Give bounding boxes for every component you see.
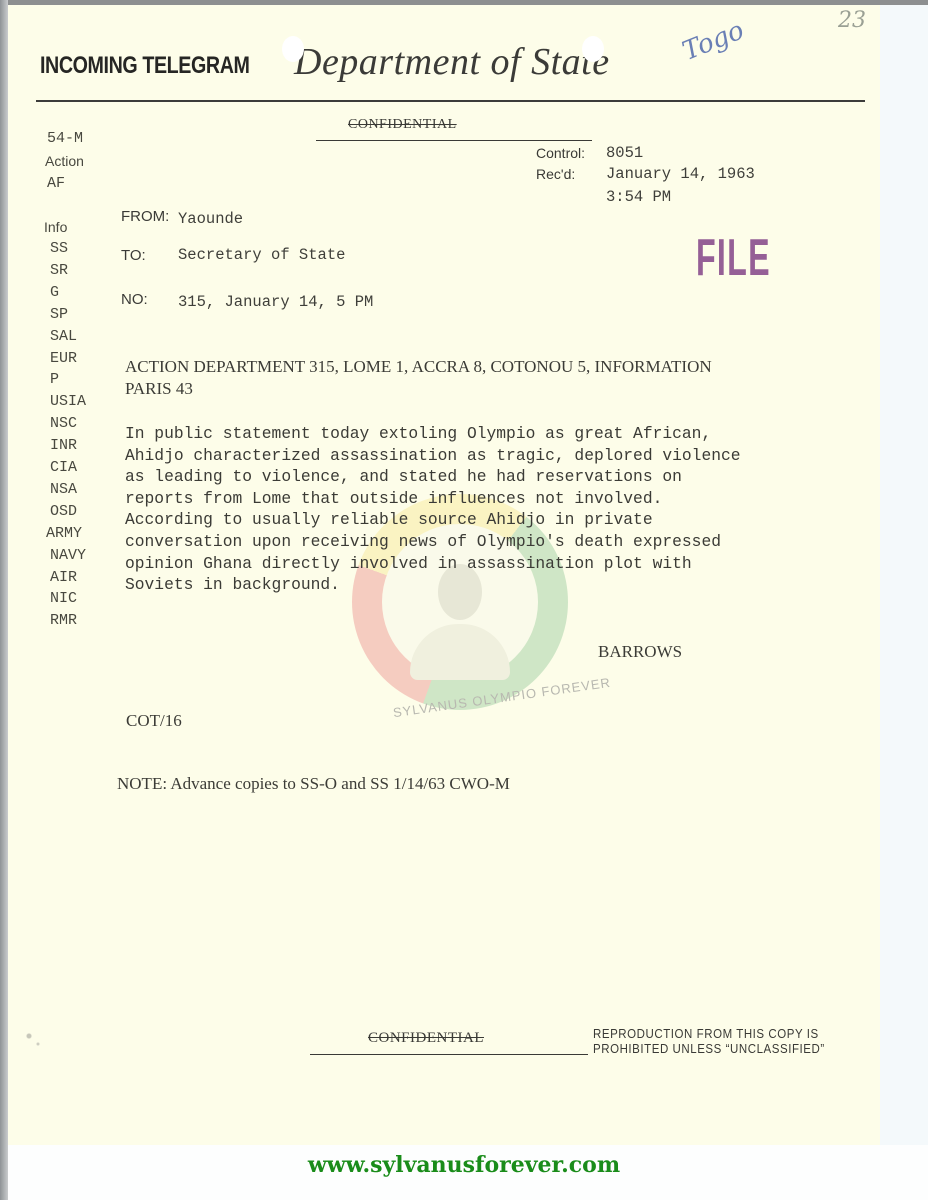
reference-code: COT/16 <box>126 710 182 732</box>
info-office: SP <box>50 304 68 326</box>
website-link[interactable]: www.sylvanusforever.com <box>0 1152 928 1178</box>
routing-number: 54-M <box>47 128 83 150</box>
distribution-text-line: PARIS 43 <box>125 378 712 400</box>
received-time: 3:54 PM <box>606 188 671 206</box>
body-text-line: Soviets in background. <box>125 574 741 596</box>
from-label: FROM: <box>121 208 169 225</box>
body-text-line: Ahidjo characterized assassination as tr… <box>125 445 741 467</box>
reproduction-notice: REPRODUCTION FROM THIS COPY ISPROHIBITED… <box>593 1027 825 1057</box>
punch-hole-left <box>282 36 304 62</box>
received-label: Rec'd: <box>536 166 575 182</box>
reproduction-notice-line: REPRODUCTION FROM THIS COPY IS <box>593 1027 825 1042</box>
body-text-line: conversation upon receiving news of Olym… <box>125 531 741 553</box>
classification-rule-top <box>316 140 592 141</box>
message-body: In public statement today extoling Olymp… <box>125 423 741 596</box>
file-stamp: FILE <box>696 228 771 288</box>
control-label: Control: <box>536 145 585 161</box>
classification-rule-bottom <box>310 1054 588 1055</box>
form-type-heading: INCOMING TELEGRAM <box>40 52 250 80</box>
distribution-note: NOTE: Advance copies to SS-O and SS 1/14… <box>117 773 510 795</box>
info-office: AIR <box>50 567 77 589</box>
info-office: OSD <box>50 501 77 523</box>
handwritten-page-number: 23 <box>838 8 866 33</box>
body-text-line: reports from Lome that outside influence… <box>125 488 741 510</box>
info-office: NIC <box>50 588 77 610</box>
info-office: USIA <box>50 391 86 413</box>
received-date: January 14, 1963 <box>606 165 755 183</box>
control-number: 8051 <box>606 144 643 162</box>
info-office: G <box>50 282 59 304</box>
info-office: INR <box>50 435 77 457</box>
info-office: CIA <box>50 457 77 479</box>
distribution-text-line: ACTION DEPARTMENT 315, LOME 1, ACCRA 8, … <box>125 356 712 378</box>
action-office: AF <box>47 173 65 195</box>
scan-edge-left <box>0 0 8 1200</box>
action-label: Action <box>45 150 84 172</box>
header-rule <box>36 100 865 102</box>
scan-speckle <box>20 1020 50 1060</box>
to-label: TO: <box>121 247 146 264</box>
info-office: P <box>50 369 59 391</box>
info-office: ARMY <box>46 523 82 545</box>
info-office: SR <box>50 260 68 282</box>
from-value: Yaounde <box>178 210 243 228</box>
classification-bottom: CONFIDENTIAL <box>368 1030 484 1047</box>
punch-hole-right <box>582 36 604 62</box>
body-text-line: as leading to violence, and stated he ha… <box>125 466 741 488</box>
info-label: Info <box>44 216 67 238</box>
signature: BARROWS <box>598 641 682 663</box>
body-text-line: In public statement today extoling Olymp… <box>125 423 741 445</box>
to-value: Secretary of State <box>178 246 345 264</box>
agency-title: Department of State <box>294 40 610 84</box>
body-text-line: opinion Ghana directly involved in assas… <box>125 553 741 575</box>
scan-margin-right <box>880 5 928 1145</box>
classification-top: CONFIDENTIAL <box>348 117 457 133</box>
no-label: NO: <box>121 291 148 308</box>
info-office: NSA <box>50 479 77 501</box>
info-office: RMR <box>50 610 77 632</box>
reproduction-notice-line: PROHIBITED UNLESS “UNCLASSIFIED” <box>593 1042 825 1057</box>
info-office: NAVY <box>50 545 86 567</box>
info-office: EUR <box>50 348 77 370</box>
info-office: NSC <box>50 413 77 435</box>
body-text-line: According to usually reliable source Ahi… <box>125 509 741 531</box>
no-value: 315, January 14, 5 PM <box>178 293 373 311</box>
info-office: SS <box>50 238 68 260</box>
info-office: SAL <box>50 326 77 348</box>
distribution-line: ACTION DEPARTMENT 315, LOME 1, ACCRA 8, … <box>125 356 712 399</box>
